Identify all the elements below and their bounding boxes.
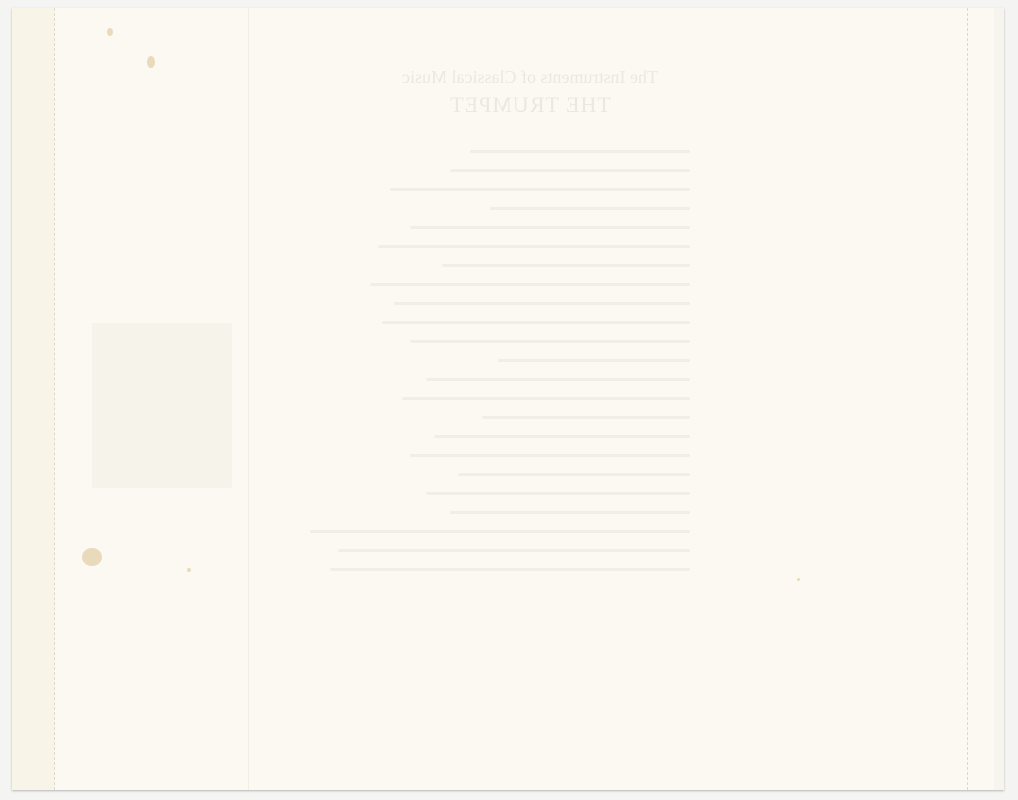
stain-mark [187,568,191,572]
perforated-fold-line-right [967,8,968,790]
show-through-body-lines [290,150,690,587]
show-through-subtitle: THE TRUMPET [380,92,680,118]
left-flap-panel [12,8,54,790]
stain-mark [147,56,155,68]
stain-mark [82,548,102,566]
spine-fold-line [248,8,249,790]
show-through-title: The Instruments of Classical Music [380,66,680,88]
stain-mark [107,28,113,36]
right-flap-edge [994,8,1004,790]
perforated-fold-line-left [54,8,55,790]
stain-mark [797,578,800,581]
spine-show-through-block [92,323,232,488]
